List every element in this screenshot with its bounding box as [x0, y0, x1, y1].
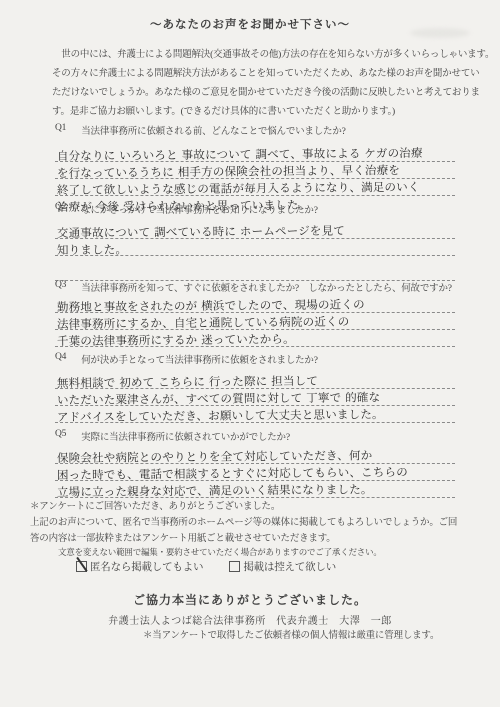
handwritten-answer: 千葉の法律事務所にするか 迷っていたから。	[57, 331, 295, 349]
question-header: Q2 なにがきっかけで当法律事務所をお知りになりましたか?	[55, 202, 455, 216]
consent-option-label: 掲載は控えて欲しい	[243, 559, 336, 574]
answer-line: 保険会社や病院とのやりとりを全て対応していただき、何か	[55, 447, 455, 464]
question-block-q2: Q2 なにがきっかけで当法律事務所をお知りになりましたか? 交通事故について 調…	[55, 202, 455, 281]
intro-line: その方々に弁護士による問題解決方法があることを知っていただくため、あなた様のお声…	[52, 65, 474, 84]
answer-line: いただいた粟津さんが、すべての質問に対して 丁寧で 的確な	[55, 389, 455, 406]
answer-line: 自分なりに いろいろと 事故について 調べて、事故による ケガの治療	[55, 145, 455, 162]
answer-area: 勤務地と事故をされたのが 横浜でしたので、現場の近くの 法律事務所にするか、自宅…	[55, 296, 455, 347]
handwritten-answer: 立場に立った親身な対応で、満足のいく結果になりました。	[57, 481, 373, 500]
page-title: ～あなたのお声をお聞かせ下さい～	[0, 16, 500, 32]
note-line: 上記のお声について、匿名で当事務所のホームページ等の媒体に掲載してもよろしいでし…	[30, 515, 486, 531]
checkbox-icon[interactable]	[229, 561, 240, 572]
question-text: 何が決め手となって当法律事務所に依頼をされましたか?	[81, 352, 318, 366]
intro-line: す。是非ご協力お願いします。(できるだけ具体的に書いていただくと助かります。)	[52, 103, 474, 122]
question-block-q1: Q1 当法律事務所に依頼される前、どんなことで悩んでいましたか? 自分なりに い…	[55, 123, 455, 212]
question-label: Q3	[55, 280, 66, 294]
answer-area: 交通事故について 調べている時に ホームページを見て 知りました。	[55, 222, 455, 281]
answer-line: 交通事故について 調べている時に ホームページを見て	[55, 222, 455, 239]
check-mark-icon	[76, 557, 87, 572]
law-office-signature: 弁護士法人よつば総合法律事務所 代表弁護士 大澤 一郎	[0, 612, 500, 627]
consent-options: 匿名なら掲載してもよい 掲載は控えて欲しい	[76, 559, 336, 574]
handwritten-answer: 知りました。	[57, 241, 127, 258]
answer-line: 知りました。	[55, 239, 455, 256]
consent-option-label: 匿名なら掲載してもよい	[90, 559, 203, 574]
question-text: 当法律事務所に依頼される前、どんなことで悩んでいましたか?	[81, 123, 345, 137]
question-header: Q1 当法律事務所に依頼される前、どんなことで悩んでいましたか?	[55, 123, 455, 137]
intro-paragraph: 世の中には、弁護士による問題解決(交通事故その他)方法の存在を知らない方が多くい…	[52, 46, 474, 122]
question-label: Q1	[55, 123, 66, 137]
edit-disclaimer: 文意を変えない範囲で編集・要約させていただく場合がありますのでご了承ください。	[58, 546, 382, 558]
survey-document-page: ～あなたのお声をお聞かせ下さい～ 世の中には、弁護士による問題解決(交通事故その…	[0, 0, 500, 707]
answer-area: 無料相談で 初めて こちらに 行った際に 担当して いただいた粟津さんが、すべて…	[55, 372, 455, 423]
answer-line	[55, 264, 455, 281]
question-header: Q4 何が決め手となって当法律事務所に依頼をされましたか?	[55, 352, 455, 366]
question-label: Q4	[55, 352, 66, 366]
question-header: Q3 当法律事務所を知って、すぐに依頼をされましたか? しなかったとしたら、何故…	[55, 280, 455, 294]
question-block-q5: Q5 実際に当法律事務所に依頼されていかがでしたか? 保険会社や病院とのやりとり…	[55, 429, 455, 498]
note-line: ＊アンケートにご回答いただき、ありがとうございました。	[30, 499, 486, 515]
answer-area: 保険会社や病院とのやりとりを全て対応していただき、何か 困った時でも、電話で相談…	[55, 447, 455, 498]
question-text: なにがきっかけで当法律事務所をお知りになりましたか?	[81, 202, 318, 216]
handwritten-answer: アドバイスをしていただき、お願いして大丈夫と思いました。	[57, 406, 384, 425]
question-text: 実際に当法律事務所に依頼されていかがでしたか?	[81, 429, 290, 443]
consent-option-no-publish[interactable]: 掲載は控えて欲しい	[229, 559, 336, 574]
intro-line: 世の中には、弁護士による問題解決(交通事故その他)方法の存在を知らない方が多くい…	[52, 46, 474, 65]
thanks-message: ご協力本当にありがとうございました。	[0, 591, 500, 608]
question-label: Q5	[55, 429, 66, 443]
question-block-q3: Q3 当法律事務所を知って、すぐに依頼をされましたか? しなかったとしたら、何故…	[55, 280, 455, 347]
publication-note: ＊アンケートにご回答いただき、ありがとうございました。 上記のお声について、匿名…	[30, 499, 486, 547]
question-block-q4: Q4 何が決め手となって当法律事務所に依頼をされましたか? 無料相談で 初めて …	[55, 352, 455, 423]
question-text: 当法律事務所を知って、すぐに依頼をされましたか? しなかったとしたら、何故ですか…	[81, 280, 452, 294]
answer-line: アドバイスをしていただき、お願いして大丈夫と思いました。	[55, 406, 455, 423]
answer-line: 終了して欲しいような感じの電話が毎月入るようになり、満足のいく	[55, 179, 455, 196]
answer-line: 立場に立った親身な対応で、満足のいく結果になりました。	[55, 481, 455, 498]
question-header: Q5 実際に当法律事務所に依頼されていかがでしたか?	[55, 429, 455, 443]
answer-line: 千葉の法律事務所にするか 迷っていたから。	[55, 330, 455, 347]
answer-line: 法律事務所にするか、自宅と通院している病院の近くの	[55, 313, 455, 330]
answer-line: を行なっているうちに 相手方の保険会社の担当より、早く治療を	[55, 162, 455, 179]
answer-line: 困った時でも、電話で相談するとすぐに対応してもらい、こちらの	[55, 464, 455, 481]
note-line: 答の内容は一部抜粋またはアンケート用紙ごと載せさせていただきます。	[30, 531, 486, 547]
privacy-notice: ＊当アンケートで取得したご依頼者様の個人情報は厳重に管理します。	[143, 627, 439, 641]
checkbox-icon[interactable]	[76, 561, 87, 572]
intro-line: ただけないでしょうか。あなた様のご意見を聞かせていただき今後の活動に反映したいと…	[52, 84, 474, 103]
consent-option-anonymous-ok[interactable]: 匿名なら掲載してもよい	[76, 559, 203, 574]
question-label: Q2	[55, 202, 66, 216]
answer-line: 無料相談で 初めて こちらに 行った際に 担当して	[55, 372, 455, 389]
answer-line: 勤務地と事故をされたのが 横浜でしたので、現場の近くの	[55, 296, 455, 313]
